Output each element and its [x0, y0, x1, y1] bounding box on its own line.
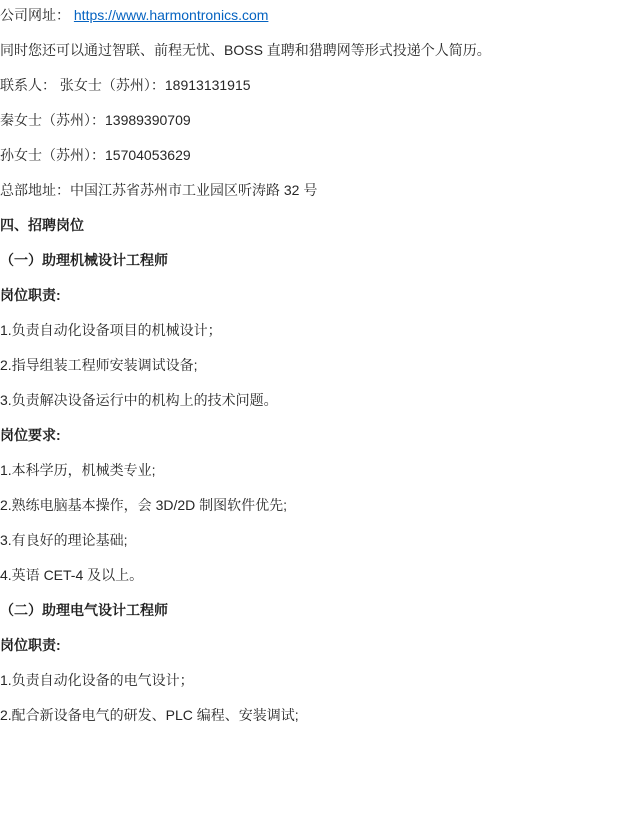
- job1-requirement-1: 1.本科学历，机械类专业;: [0, 462, 634, 478]
- document-body: { "colors": { "page_background": "#fffff…: [0, 0, 634, 814]
- document-page: 公司网址： https://www.harmontronics.com 同时您还…: [0, 0, 634, 814]
- website-link[interactable]: https://www.harmontronics.com: [74, 7, 269, 23]
- job1-duty-2: 2.指导组装工程师安装调试设备;: [0, 357, 634, 373]
- contact-line-2: 秦女士（苏州）：13989390709: [0, 112, 634, 128]
- job1-duties-label: 岗位职责:: [0, 287, 634, 303]
- address-line: 总部地址：中国江苏省苏州市工业园区听涛路 32 号: [0, 182, 634, 198]
- job1-requirements-label: 岗位要求:: [0, 427, 634, 443]
- website-line: 公司网址： https://www.harmontronics.com: [0, 7, 634, 23]
- job1-requirement-3: 3.有良好的理论基础;: [0, 532, 634, 548]
- channels-note: 同时您还可以通过智联、前程无忧、BOSS 直聘和猎聘网等形式投递个人简历。: [0, 42, 634, 58]
- contact-line-3: 孙女士（苏州）：15704053629: [0, 147, 634, 163]
- job1-requirement-2: 2.熟练电脑基本操作，会 3D/2D 制图软件优先;: [0, 497, 634, 513]
- section-heading: 四、招聘岗位: [0, 217, 634, 233]
- job2-duty-1: 1.负责自动化设备的电气设计；: [0, 672, 634, 688]
- job2-duty-2: 2.配合新设备电气的研发、PLC 编程、安装调试;: [0, 707, 634, 723]
- contacts-label: 联系人：: [0, 77, 56, 93]
- job1-duty-1: 1.负责自动化设备项目的机械设计；: [0, 322, 634, 338]
- job1-title: （一）助理机械设计工程师: [0, 252, 634, 268]
- job1-requirement-4: 4.英语 CET-4 及以上。: [0, 567, 634, 583]
- job2-duties-label: 岗位职责:: [0, 637, 634, 653]
- website-label: 公司网址：: [0, 7, 70, 23]
- job1-duty-3: 3.负责解决设备运行中的机构上的技术问题。: [0, 392, 634, 408]
- job2-title: （二）助理电气设计工程师: [0, 602, 634, 618]
- contact-entry: 张女士（苏州）：18913131915: [60, 77, 251, 93]
- contact-line-1: 联系人： 张女士（苏州）：18913131915: [0, 77, 634, 93]
